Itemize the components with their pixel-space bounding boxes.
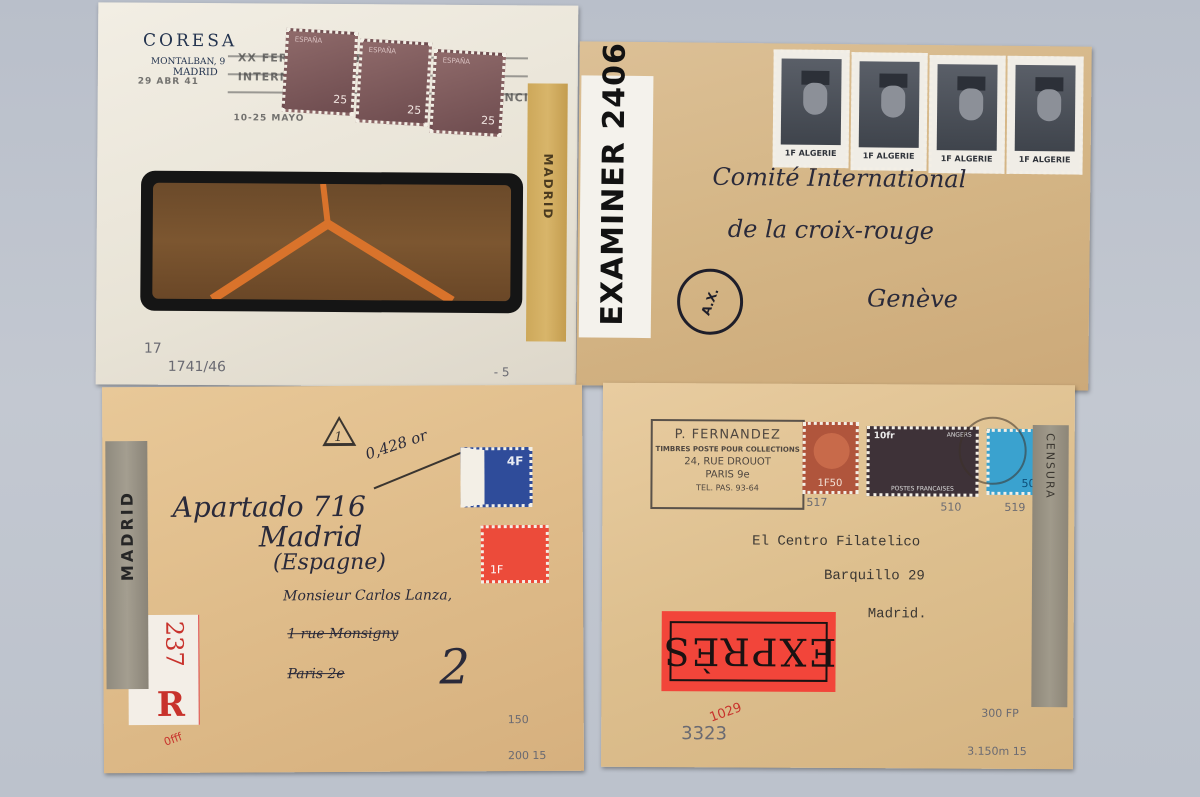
stamp-petain-1f: 1F ALGERIE [928, 55, 1005, 174]
address-line: Comité International [712, 163, 966, 194]
address-line: Genève [867, 284, 958, 313]
address-line: de la croix-rouge [728, 215, 934, 245]
stamp-franco-25: ESPAÑA 25 [281, 28, 358, 116]
stamp-petain-1f: 1F ALGERIE [850, 52, 927, 171]
censor-tape-madrid: MADRID [105, 441, 148, 689]
address-line: Barquillo 29 [824, 568, 925, 585]
address-line: El Centro Filatelico [752, 534, 920, 551]
postmark-date: 29 ABR 41 [138, 77, 199, 87]
stamp-petain-1f: 1F ALGERIE [1006, 56, 1083, 175]
stamp-petain-1f: 1F ALGERIE [773, 49, 850, 168]
cover-fernandez-express: P. FERNANDEZ TIMBRES POSTE POUR COLLECTI… [601, 383, 1075, 769]
window-flap-lines [152, 183, 511, 301]
cover-coresa-madrid: CORESA MONTALBAN, 9 MADRID XX FERIA MUES… [96, 2, 579, 387]
stamp-franco-25: ESPAÑA 25 [429, 49, 506, 137]
address-line: Madrid [259, 520, 363, 554]
address-line: Monsieur Carlos Lanza, [283, 587, 452, 604]
address-line: Madrid. [868, 606, 927, 622]
censor-tape: CENSURA [1031, 425, 1068, 707]
cover-paris-madrid-registered: R 237 MADRID 1 0,428 or 4F 1F Apartado 7… [102, 385, 584, 774]
address-line: Apartado 716 [173, 490, 366, 524]
address-line-struck: 1 rue Monsigny [287, 626, 398, 643]
stamp-blue-4f: 4F [460, 447, 532, 507]
slogan-cancel-line: 10-25 MAYO [233, 113, 304, 123]
sender-imprint: CORESA MONTALBAN, 9 MADRID [143, 31, 237, 79]
censor-circle-mark: A.X. [677, 268, 744, 335]
address-line-struck: Paris 2e [287, 666, 344, 682]
address-line: (Espagne) [273, 550, 386, 576]
censor-tape-madrid: MADRID [526, 83, 568, 341]
postmark-circle [958, 417, 1026, 485]
cover-algeria-geneva: EXAMINER 2406 1F ALGERIE 1F ALGERIE 1F A… [576, 41, 1092, 390]
stamp-petain-1f50: 1F50 [802, 422, 858, 494]
censor-label-examiner: EXAMINER 2406 [579, 75, 654, 338]
sender-box: P. FERNANDEZ TIMBRES POSTE POUR COLLECTI… [650, 419, 804, 510]
stamp-red-1f: 1F [481, 525, 549, 583]
address-window [140, 171, 523, 314]
stamp-franco-25: ESPAÑA 25 [355, 38, 432, 126]
express-label: EXPRÈS [661, 611, 835, 692]
